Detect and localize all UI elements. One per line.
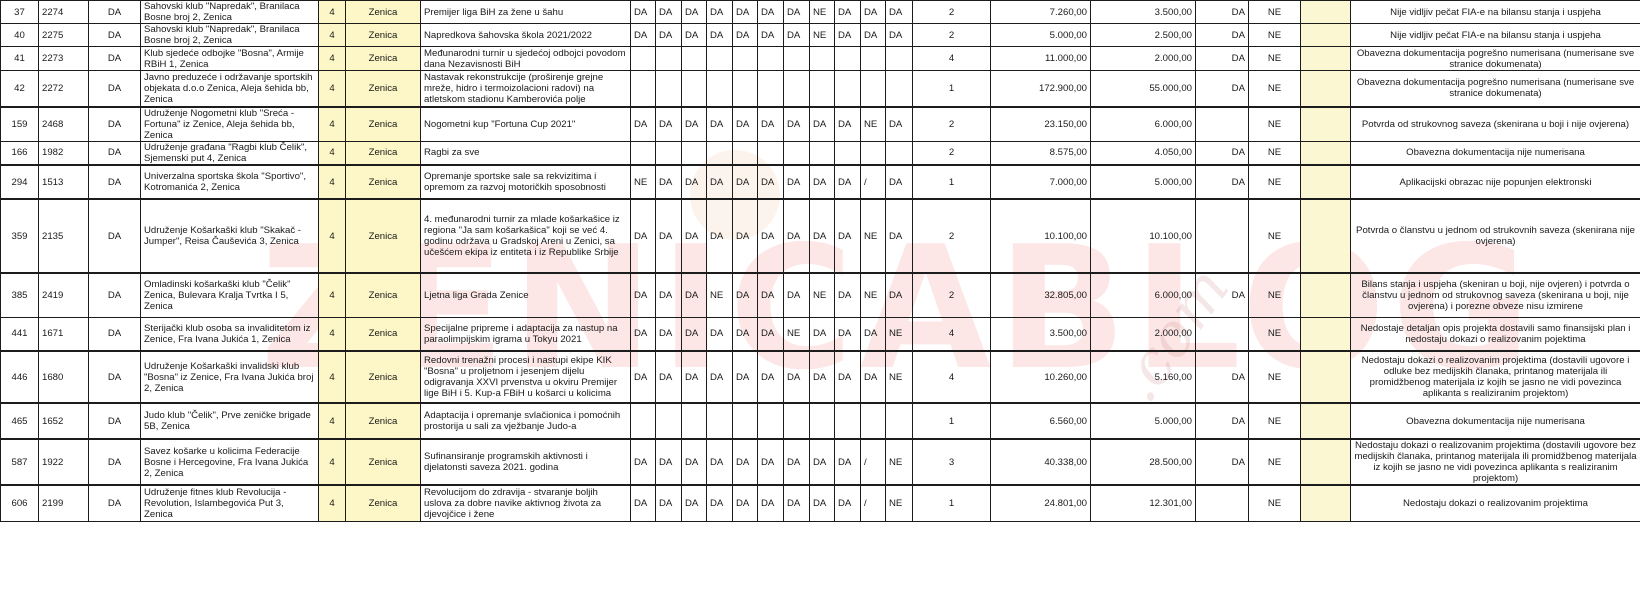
criteria-flag: NE [707, 273, 733, 317]
criteria-flag: DA [733, 199, 758, 273]
applicant-name: Sahovski klub "Napredak", Branilaca Bosn… [141, 24, 319, 47]
criteria-flag: NE [886, 351, 913, 403]
row-number: 37 [1, 1, 39, 24]
eligibility-flag: DA [89, 273, 141, 317]
criteria-flag: DA [861, 317, 886, 351]
city: Zenica [346, 1, 421, 24]
eligibility-flag: DA [89, 439, 141, 485]
criteria-flag: DA [758, 273, 784, 317]
project-title: Opremanje sportske sale sa rekvizitima i… [421, 165, 631, 199]
criteria-flag [733, 47, 758, 71]
criteria-flag: DA [631, 485, 656, 521]
criteria-flag: / [861, 439, 886, 485]
applications-table: 372274DASahovski klub "Napredak", Branil… [0, 0, 1640, 522]
grade: 4 [319, 439, 346, 485]
criteria-flag [656, 71, 682, 107]
criteria-flag: NE [886, 485, 913, 521]
decision-flag: NE [1249, 485, 1301, 521]
criteria-flag: DA [656, 439, 682, 485]
table-row: 1592468DAUdruženje Nogometni klub "Sreća… [1, 107, 1640, 142]
criteria-flag: DA [656, 24, 682, 47]
criteria-flag: DA [656, 273, 682, 317]
criteria-flag [733, 403, 758, 439]
criteria-flag [707, 141, 733, 165]
criteria-flag: DA [784, 273, 810, 317]
criteria-flag [835, 47, 861, 71]
grade: 4 [319, 1, 346, 24]
criteria-flag: DA [886, 1, 913, 24]
application-id: 1922 [39, 439, 89, 485]
highlight-cell [1301, 199, 1351, 273]
application-id: 1982 [39, 141, 89, 165]
application-id: 2135 [39, 199, 89, 273]
criteria-flag: DA [886, 165, 913, 199]
city: Zenica [346, 485, 421, 521]
approved-amount: 2.000,00 [1091, 317, 1196, 351]
project-title: Nastavak rekonstrukcije (proširenje grej… [421, 71, 631, 107]
criteria-flag [656, 141, 682, 165]
criteria-flag: DA [682, 107, 707, 142]
application-id: 2272 [39, 71, 89, 107]
criteria-flag: DA [631, 317, 656, 351]
highlight-cell [1301, 439, 1351, 485]
criteria-flag: DA [631, 199, 656, 273]
criteria-flag [861, 71, 886, 107]
criteria-flag [784, 71, 810, 107]
requested-amount: 11.000,00 [991, 47, 1091, 71]
table-row: 402275DASahovski klub "Napredak", Branil… [1, 24, 1640, 47]
table-row: 412273DAKlub sjedeće odbojke "Bosna", Ar… [1, 47, 1640, 71]
criteria-flag: DA [682, 199, 707, 273]
criteria-flag [758, 141, 784, 165]
requested-amount: 172.900,00 [991, 71, 1091, 107]
criteria-flag: DA [810, 107, 835, 142]
criteria-flag: DA [861, 351, 886, 403]
criteria-flag: NE [810, 24, 835, 47]
remark-note: Bilans stanja i uspjeha (skeniran u boji… [1351, 273, 1640, 317]
requested-amount: 10.100,00 [991, 199, 1091, 273]
applicant-name: Sterijački klub osoba sa invaliditetom i… [141, 317, 319, 351]
remark-note: Nedostaje detaljan opis projekta dostavi… [1351, 317, 1640, 351]
project-title: 4. međunarodni turnir za mlade košarkaši… [421, 199, 631, 273]
criteria-flag: DA [733, 351, 758, 403]
criteria-count: 1 [913, 485, 991, 521]
documentation-flag: DA [1196, 351, 1249, 403]
criteria-flag: DA [784, 165, 810, 199]
criteria-flag: DA [656, 165, 682, 199]
remark-note: Nije vidljiv pečat FIA-e na bilansu stan… [1351, 1, 1640, 24]
requested-amount: 10.260,00 [991, 351, 1091, 403]
eligibility-flag: DA [89, 317, 141, 351]
criteria-flag: DA [886, 273, 913, 317]
decision-flag: NE [1249, 1, 1301, 24]
applicant-name: Udruženje građana "Ragbi klub Čelik", Sj… [141, 141, 319, 165]
approved-amount: 5.000,00 [1091, 165, 1196, 199]
applicant-name: Udruženje Košarkaški klub "Skakač - Jump… [141, 199, 319, 273]
application-id: 2419 [39, 273, 89, 317]
application-id: 1680 [39, 351, 89, 403]
decision-flag: NE [1249, 317, 1301, 351]
remark-note: Obavezna dokumentacija nije numerisana [1351, 403, 1640, 439]
city: Zenica [346, 351, 421, 403]
criteria-flag: DA [886, 199, 913, 273]
row-number: 385 [1, 273, 39, 317]
criteria-flag [758, 71, 784, 107]
applicant-name: Sahovski klub "Napredak", Branilaca Bosn… [141, 1, 319, 24]
criteria-flag: DA [707, 24, 733, 47]
criteria-flag [682, 403, 707, 439]
grade: 4 [319, 317, 346, 351]
approved-amount: 5.160,00 [1091, 351, 1196, 403]
criteria-flag: DA [758, 1, 784, 24]
table-row: 372274DASahovski klub "Napredak", Branil… [1, 1, 1640, 24]
applicant-name: Savez košarke u kolicima Federacije Bosn… [141, 439, 319, 485]
criteria-flag: DA [784, 24, 810, 47]
criteria-flag: DA [707, 107, 733, 142]
criteria-flag: DA [886, 24, 913, 47]
project-title: Premijer liga BiH za žene u šahu [421, 1, 631, 24]
applicant-name: Udruženje fitnes klub Revolucija - Revol… [141, 485, 319, 521]
applicant-name: Udruženje Nogometni klub "Sreća - Fortun… [141, 107, 319, 142]
row-number: 446 [1, 351, 39, 403]
criteria-flag: DA [784, 107, 810, 142]
criteria-flag: NE [861, 107, 886, 142]
project-title: Adaptacija i opremanje svlačionica i pom… [421, 403, 631, 439]
criteria-flag: DA [835, 485, 861, 521]
criteria-flag: DA [835, 439, 861, 485]
city: Zenica [346, 199, 421, 273]
criteria-flag: DA [631, 273, 656, 317]
criteria-flag: DA [835, 24, 861, 47]
city: Zenica [346, 24, 421, 47]
table-row: 3852419DAOmladinski košarkaški klub "Čel… [1, 273, 1640, 317]
eligibility-flag: DA [89, 47, 141, 71]
criteria-flag [835, 403, 861, 439]
grade: 4 [319, 273, 346, 317]
criteria-count: 1 [913, 403, 991, 439]
decision-flag: NE [1249, 439, 1301, 485]
table-row: 1661982DAUdruženje građana "Ragbi klub Č… [1, 141, 1640, 165]
documentation-flag: DA [1196, 1, 1249, 24]
grade: 4 [319, 71, 346, 107]
approved-amount: 3.500,00 [1091, 1, 1196, 24]
criteria-flag: DA [733, 439, 758, 485]
criteria-flag: DA [784, 485, 810, 521]
table-row: 4651652DAJudo klub "Čelik", Prve zeničke… [1, 403, 1640, 439]
project-title: Revolucijom do zdravija - stvaranje bolj… [421, 485, 631, 521]
criteria-flag: NE [784, 317, 810, 351]
criteria-flag: DA [784, 439, 810, 485]
approved-amount: 5.000,00 [1091, 403, 1196, 439]
criteria-flag: DA [682, 1, 707, 24]
eligibility-flag: DA [89, 199, 141, 273]
application-id: 2468 [39, 107, 89, 142]
requested-amount: 23.150,00 [991, 107, 1091, 142]
criteria-flag: DA [758, 24, 784, 47]
documentation-flag: DA [1196, 439, 1249, 485]
city: Zenica [346, 71, 421, 107]
remark-note: Aplikacijski obrazac nije popunjen elekt… [1351, 165, 1640, 199]
documentation-flag [1196, 199, 1249, 273]
criteria-flag: DA [682, 165, 707, 199]
requested-amount: 40.338,00 [991, 439, 1091, 485]
criteria-flag [810, 141, 835, 165]
criteria-count: 1 [913, 71, 991, 107]
criteria-flag [861, 141, 886, 165]
table-row: 2941513DAUniverzalna sportska škola "Spo… [1, 165, 1640, 199]
documentation-flag: DA [1196, 47, 1249, 71]
highlight-cell [1301, 317, 1351, 351]
documentation-flag [1196, 317, 1249, 351]
highlight-cell [1301, 403, 1351, 439]
grade: 4 [319, 199, 346, 273]
decision-flag: NE [1249, 47, 1301, 71]
criteria-flag [886, 403, 913, 439]
criteria-flag [861, 403, 886, 439]
criteria-flag: DA [682, 24, 707, 47]
highlight-cell [1301, 47, 1351, 71]
requested-amount: 7.260,00 [991, 1, 1091, 24]
criteria-flag: NE [886, 317, 913, 351]
eligibility-flag: DA [89, 24, 141, 47]
criteria-flag: DA [733, 485, 758, 521]
remark-note: Obavezna dokumentacija pogrešno numerisa… [1351, 71, 1640, 107]
application-id: 2199 [39, 485, 89, 521]
city: Zenica [346, 317, 421, 351]
approved-amount: 6.000,00 [1091, 107, 1196, 142]
requested-amount: 5.000,00 [991, 24, 1091, 47]
criteria-flag: DA [656, 107, 682, 142]
criteria-flag: DA [758, 165, 784, 199]
highlight-cell [1301, 141, 1351, 165]
eligibility-flag: DA [89, 141, 141, 165]
criteria-flag [733, 71, 758, 107]
criteria-flag: DA [733, 165, 758, 199]
criteria-flag: DA [682, 485, 707, 521]
project-title: Sufinansiranje programskih aktivnosti i … [421, 439, 631, 485]
highlight-cell [1301, 1, 1351, 24]
documentation-flag: DA [1196, 165, 1249, 199]
criteria-flag: DA [656, 199, 682, 273]
criteria-flag: DA [810, 351, 835, 403]
criteria-flag: DA [707, 165, 733, 199]
criteria-flag [707, 47, 733, 71]
table-row: 4461680DAUdruženje Košarkaški invalidski… [1, 351, 1640, 403]
criteria-flag: DA [733, 317, 758, 351]
approved-amount: 6.000,00 [1091, 273, 1196, 317]
criteria-flag: DA [631, 439, 656, 485]
requested-amount: 24.801,00 [991, 485, 1091, 521]
criteria-flag: DA [810, 485, 835, 521]
applicant-name: Klub sjedeće odbojke "Bosna", Armije RBi… [141, 47, 319, 71]
application-id: 1652 [39, 403, 89, 439]
remark-note: Obavezna dokumentacija nije numerisana [1351, 141, 1640, 165]
city: Zenica [346, 165, 421, 199]
table-row: 5871922DASavez košarke u kolicima Federa… [1, 439, 1640, 485]
criteria-flag [682, 47, 707, 71]
application-id: 2275 [39, 24, 89, 47]
city: Zenica [346, 439, 421, 485]
criteria-count: 2 [913, 273, 991, 317]
documentation-flag: DA [1196, 273, 1249, 317]
criteria-flag [656, 47, 682, 71]
approved-amount: 28.500,00 [1091, 439, 1196, 485]
criteria-flag: DA [631, 1, 656, 24]
row-number: 465 [1, 403, 39, 439]
approved-amount: 55.000,00 [1091, 71, 1196, 107]
criteria-flag: DA [733, 273, 758, 317]
application-id: 2273 [39, 47, 89, 71]
city: Zenica [346, 273, 421, 317]
decision-flag: NE [1249, 273, 1301, 317]
criteria-flag: DA [656, 351, 682, 403]
criteria-flag: DA [810, 317, 835, 351]
row-number: 606 [1, 485, 39, 521]
project-title: Nogometni kup "Fortuna Cup 2021" [421, 107, 631, 142]
applicant-name: Udruženje Košarkaški invalidski klub "Bo… [141, 351, 319, 403]
criteria-flag: DA [835, 165, 861, 199]
project-title: Napredkova šahovska škola 2021/2022 [421, 24, 631, 47]
remark-note: Nedostaju dokazi o realizovanim projekti… [1351, 351, 1640, 403]
criteria-flag: DA [631, 24, 656, 47]
city: Zenica [346, 141, 421, 165]
criteria-flag [631, 47, 656, 71]
criteria-count: 2 [913, 1, 991, 24]
criteria-flag [810, 403, 835, 439]
criteria-flag: DA [758, 439, 784, 485]
applicant-name: Javno preduzeće i održavanje sportskih o… [141, 71, 319, 107]
application-id: 2274 [39, 1, 89, 24]
row-number: 587 [1, 439, 39, 485]
criteria-flag: DA [733, 107, 758, 142]
criteria-flag: / [861, 485, 886, 521]
criteria-flag [758, 403, 784, 439]
grade: 4 [319, 351, 346, 403]
criteria-flag: DA [810, 165, 835, 199]
criteria-flag: DA [631, 107, 656, 142]
grade: 4 [319, 403, 346, 439]
application-id: 1671 [39, 317, 89, 351]
row-number: 40 [1, 24, 39, 47]
criteria-flag: DA [784, 1, 810, 24]
row-number: 359 [1, 199, 39, 273]
criteria-flag: DA [707, 351, 733, 403]
applicant-name: Judo klub "Čelik", Prve zeničke brigade … [141, 403, 319, 439]
criteria-flag: DA [707, 1, 733, 24]
criteria-flag [682, 141, 707, 165]
remark-note: Nije vidljiv pečat FIA-e na bilansu stan… [1351, 24, 1640, 47]
row-number: 41 [1, 47, 39, 71]
criteria-flag: DA [682, 273, 707, 317]
city: Zenica [346, 47, 421, 71]
criteria-flag [886, 141, 913, 165]
criteria-flag [631, 403, 656, 439]
criteria-flag [835, 71, 861, 107]
remark-note: Nedostaju dokazi o realizovanim projekti… [1351, 439, 1640, 485]
decision-flag: NE [1249, 107, 1301, 142]
criteria-flag: DA [682, 439, 707, 485]
requested-amount: 32.805,00 [991, 273, 1091, 317]
criteria-flag: DA [758, 107, 784, 142]
criteria-flag [886, 71, 913, 107]
eligibility-flag: DA [89, 485, 141, 521]
criteria-count: 2 [913, 24, 991, 47]
criteria-flag: NE [631, 165, 656, 199]
criteria-flag [810, 47, 835, 71]
criteria-flag: DA [861, 24, 886, 47]
table-row: 422272DAJavno preduzeće i održavanje spo… [1, 71, 1640, 107]
criteria-flag [733, 141, 758, 165]
project-title: Međunarodni turnir u sjedećoj odbojci po… [421, 47, 631, 71]
table-row: 6062199DAUdruženje fitnes klub Revolucij… [1, 485, 1640, 521]
documentation-flag: DA [1196, 141, 1249, 165]
criteria-flag: DA [835, 199, 861, 273]
city: Zenica [346, 403, 421, 439]
criteria-flag: DA [707, 199, 733, 273]
approved-amount: 2.000,00 [1091, 47, 1196, 71]
criteria-flag: DA [631, 351, 656, 403]
city: Zenica [346, 107, 421, 142]
project-title: Specijalne pripreme i adaptacija za nast… [421, 317, 631, 351]
criteria-flag: DA [784, 199, 810, 273]
criteria-flag: DA [707, 317, 733, 351]
grade: 4 [319, 485, 346, 521]
criteria-flag: DA [810, 199, 835, 273]
criteria-flag: DA [733, 24, 758, 47]
criteria-count: 2 [913, 107, 991, 142]
criteria-flag [656, 403, 682, 439]
criteria-flag [784, 403, 810, 439]
criteria-flag: NE [810, 1, 835, 24]
row-number: 166 [1, 141, 39, 165]
remark-note: Nedostaju dokazi o realizovanim projekti… [1351, 485, 1640, 521]
grade: 4 [319, 165, 346, 199]
row-number: 42 [1, 71, 39, 107]
criteria-flag [861, 47, 886, 71]
application-id: 1513 [39, 165, 89, 199]
project-title: Redovni trenažni procesi i nastupi ekipe… [421, 351, 631, 403]
documentation-flag: DA [1196, 24, 1249, 47]
criteria-flag: DA [682, 317, 707, 351]
highlight-cell [1301, 273, 1351, 317]
criteria-flag: DA [886, 107, 913, 142]
criteria-count: 4 [913, 47, 991, 71]
project-title: Ragbi za sve [421, 141, 631, 165]
highlight-cell [1301, 107, 1351, 142]
requested-amount: 3.500,00 [991, 317, 1091, 351]
requested-amount: 8.575,00 [991, 141, 1091, 165]
criteria-count: 4 [913, 317, 991, 351]
requested-amount: 6.560,00 [991, 403, 1091, 439]
highlight-cell [1301, 71, 1351, 107]
criteria-flag [835, 141, 861, 165]
criteria-flag: DA [835, 107, 861, 142]
highlight-cell [1301, 351, 1351, 403]
approved-amount: 12.301,00 [1091, 485, 1196, 521]
project-title: Ljetna liga Grada Zenice [421, 273, 631, 317]
applicant-name: Omladinski košarkaški klub "Čelik" Zenic… [141, 273, 319, 317]
criteria-count: 4 [913, 351, 991, 403]
criteria-flag: DA [758, 485, 784, 521]
decision-flag: NE [1249, 165, 1301, 199]
eligibility-flag: DA [89, 403, 141, 439]
criteria-flag [682, 71, 707, 107]
grade: 4 [319, 107, 346, 142]
criteria-flag: DA [758, 351, 784, 403]
eligibility-flag: DA [89, 107, 141, 142]
criteria-flag: DA [707, 439, 733, 485]
highlight-cell [1301, 165, 1351, 199]
